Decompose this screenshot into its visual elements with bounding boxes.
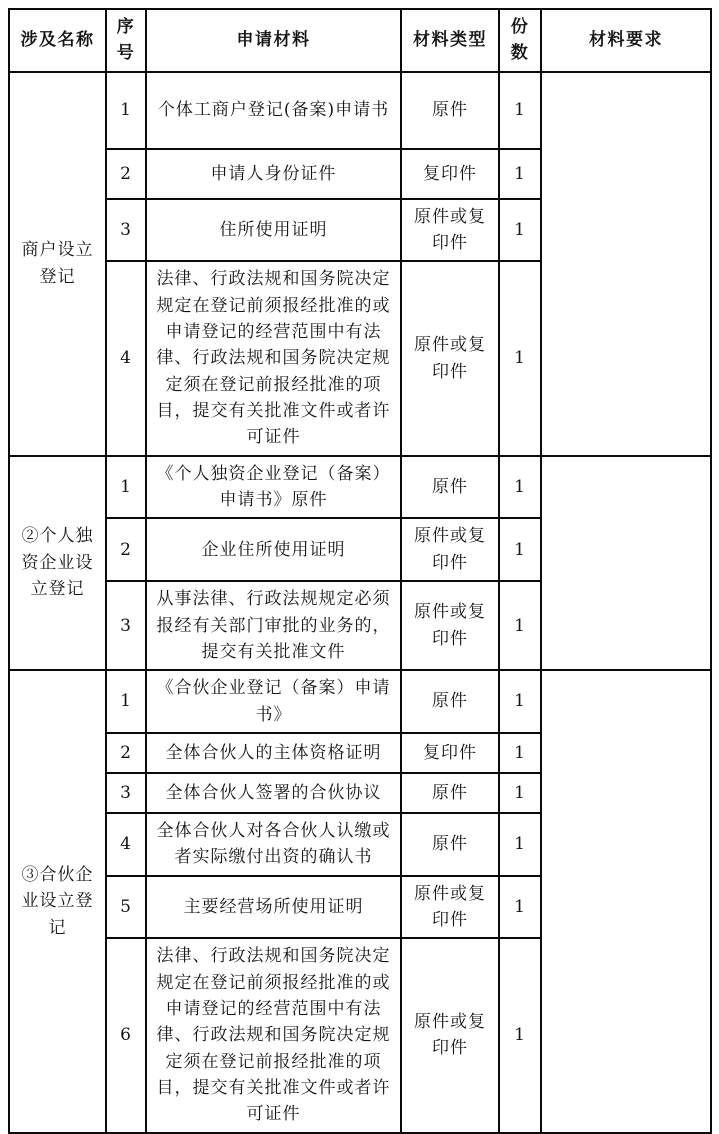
copies-cell: 1 — [499, 733, 541, 773]
seq-cell: 3 — [106, 773, 146, 813]
seq-cell: 5 — [106, 876, 146, 939]
application-materials-table: 涉及名称 序号 申请材料 材料类型 份数 材料要求 商户设立登记 1 个体工商户… — [8, 8, 712, 1134]
material-cell: 法律、行政法规和国务院决定规定在登记前须报经批准的或申请登记的经营范围中有法律、… — [146, 938, 401, 1132]
material-cell: 全体合伙人对各合伙人认缴或者实际缴付出资的确认书 — [146, 813, 401, 876]
section-label-cell: 商户设立登记 — [9, 72, 106, 456]
material-type-cell: 复印件 — [401, 733, 499, 773]
material-type-cell: 原件或复印件 — [401, 938, 499, 1132]
copies-cell: 1 — [499, 518, 541, 581]
seq-cell: 1 — [106, 670, 146, 733]
seq-cell: 3 — [106, 581, 146, 670]
seq-cell: 4 — [106, 813, 146, 876]
seq-cell: 1 — [106, 456, 146, 519]
header-copies: 份数 — [499, 9, 541, 72]
material-cell: 从事法律、行政法规规定必须报经有关部门审批的业务的，提交有关批准文件 — [146, 581, 401, 670]
material-cell: 企业住所使用证明 — [146, 518, 401, 581]
section-label-cell: ②个人独资企业设立登记 — [9, 456, 106, 670]
header-seq-no: 序号 — [106, 9, 146, 72]
material-type-cell: 原件 — [401, 72, 499, 149]
header-application-material: 申请材料 — [146, 9, 401, 72]
header-material-type: 材料类型 — [401, 9, 499, 72]
material-cell: 住所使用证明 — [146, 199, 401, 262]
copies-cell: 1 — [499, 456, 541, 519]
copies-cell: 1 — [499, 670, 541, 733]
seq-cell: 3 — [106, 199, 146, 262]
material-cell: 全体合伙人的主体资格证明 — [146, 733, 401, 773]
material-type-cell: 原件 — [401, 773, 499, 813]
copies-cell: 1 — [499, 938, 541, 1132]
copies-cell: 1 — [499, 813, 541, 876]
seq-cell: 1 — [106, 72, 146, 149]
material-cell: 申请人身份证件 — [146, 149, 401, 199]
requirements-cell — [541, 72, 711, 456]
material-type-cell: 原件或复印件 — [401, 199, 499, 262]
seq-cell: 2 — [106, 518, 146, 581]
material-type-cell: 原件 — [401, 670, 499, 733]
material-type-cell: 原件或复印件 — [401, 581, 499, 670]
material-type-cell: 原件或复印件 — [401, 518, 499, 581]
seq-cell: 2 — [106, 149, 146, 199]
material-type-cell: 原件 — [401, 813, 499, 876]
copies-cell: 1 — [499, 876, 541, 939]
copies-cell: 1 — [499, 261, 541, 455]
material-type-cell: 原件 — [401, 456, 499, 519]
material-cell: 《个人独资企业登记（备案）申请书》原件 — [146, 456, 401, 519]
seq-cell: 2 — [106, 733, 146, 773]
copies-cell: 1 — [499, 72, 541, 149]
material-cell: 个体工商户登记(备案)申请书 — [146, 72, 401, 149]
material-cell: 主要经营场所使用证明 — [146, 876, 401, 939]
table-row: ③合伙企业设立登记 1 《合伙企业登记（备案）申请书》 原件 1 — [9, 670, 711, 733]
requirements-cell — [541, 670, 711, 1132]
material-cell: 法律、行政法规和国务院决定规定在登记前须报经批准的或申请登记的经营范围中有法律、… — [146, 261, 401, 455]
copies-cell: 1 — [499, 773, 541, 813]
material-cell: 《合伙企业登记（备案）申请书》 — [146, 670, 401, 733]
copies-cell: 1 — [499, 581, 541, 670]
header-involved-name: 涉及名称 — [9, 9, 106, 72]
material-type-cell: 原件或复印件 — [401, 876, 499, 939]
copies-cell: 1 — [499, 199, 541, 262]
table-row: 商户设立登记 1 个体工商户登记(备案)申请书 原件 1 — [9, 72, 711, 149]
seq-cell: 6 — [106, 938, 146, 1132]
section-label-cell: ③合伙企业设立登记 — [9, 670, 106, 1132]
material-type-cell: 原件或复印件 — [401, 261, 499, 455]
table-row: ②个人独资企业设立登记 1 《个人独资企业登记（备案）申请书》原件 原件 1 — [9, 456, 711, 519]
copies-cell: 1 — [499, 149, 541, 199]
document-page: 涉及名称 序号 申请材料 材料类型 份数 材料要求 商户设立登记 1 个体工商户… — [0, 0, 711, 1134]
header-material-requirements: 材料要求 — [541, 9, 711, 72]
table-header-row: 涉及名称 序号 申请材料 材料类型 份数 材料要求 — [9, 9, 711, 72]
material-cell: 全体合伙人签署的合伙协议 — [146, 773, 401, 813]
material-type-cell: 复印件 — [401, 149, 499, 199]
seq-cell: 4 — [106, 261, 146, 455]
requirements-cell — [541, 456, 711, 670]
